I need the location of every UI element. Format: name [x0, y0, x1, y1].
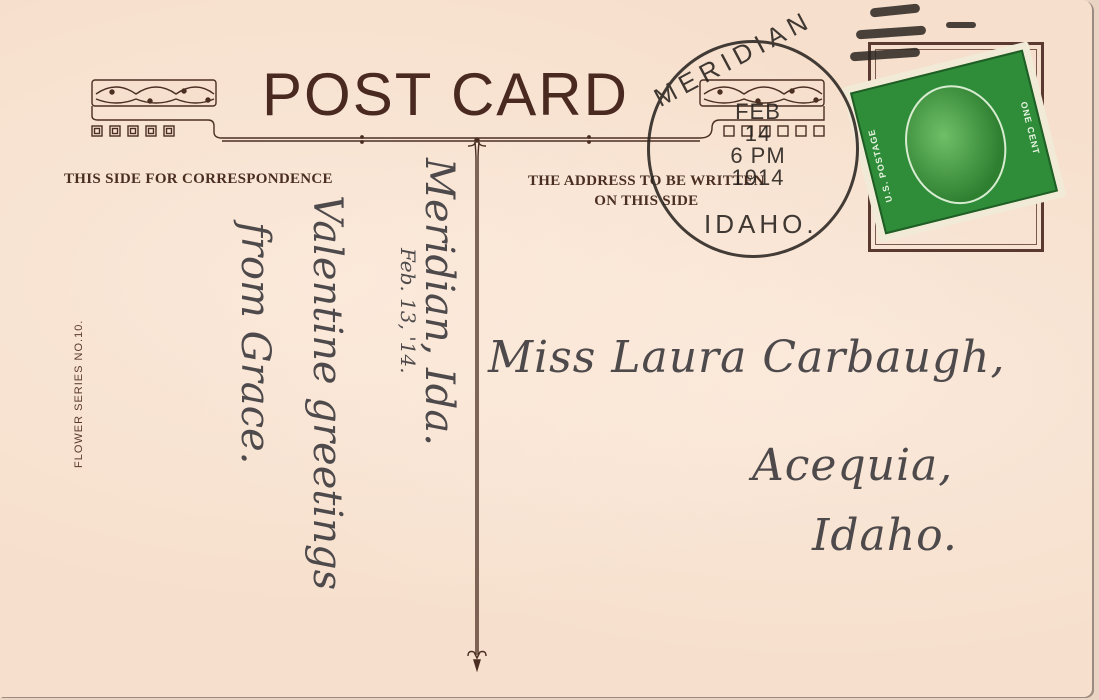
postmark-state: IDAHO.	[704, 209, 818, 240]
message-line2: from Grace.	[232, 222, 278, 464]
postmark-day: 14	[708, 123, 808, 145]
message-line1: Valentine greetings	[304, 195, 350, 590]
cancellation-bar	[946, 22, 976, 28]
squares-left-icon	[92, 126, 174, 136]
portrait-icon	[893, 74, 1019, 215]
recipient-name: Miss Laura Carbaugh,	[488, 332, 1005, 383]
stamp-right-text: ONE CENT	[1019, 100, 1042, 155]
message-date: Feb. 13, '14.	[396, 248, 420, 374]
postmark-time: 6 PM	[708, 145, 808, 167]
message-place: Meridian, Ida.	[416, 158, 462, 446]
series-label: FLOWER SERIES NO.10.	[73, 320, 85, 468]
postmark: MERIDIAN FEB 14 6 PM 1914 IDAHO.	[647, 40, 859, 258]
postmark-year: 1914	[708, 167, 808, 189]
recipient-city: Acequia,	[752, 440, 953, 491]
postcard: POST CARD THIS SIDE FOR CORRESPONDENCE T…	[0, 0, 1092, 697]
correspondence-label: THIS SIDE FOR CORRESPONDENCE	[64, 171, 333, 188]
postmark-month: FEB	[708, 101, 808, 123]
recipient-state: Idaho.	[812, 510, 958, 561]
postcard-title: POST CARD	[262, 60, 629, 129]
postmark-date: FEB 14 6 PM 1914	[708, 101, 808, 189]
stamp-left-text: U.S. POSTAGE	[866, 128, 894, 204]
